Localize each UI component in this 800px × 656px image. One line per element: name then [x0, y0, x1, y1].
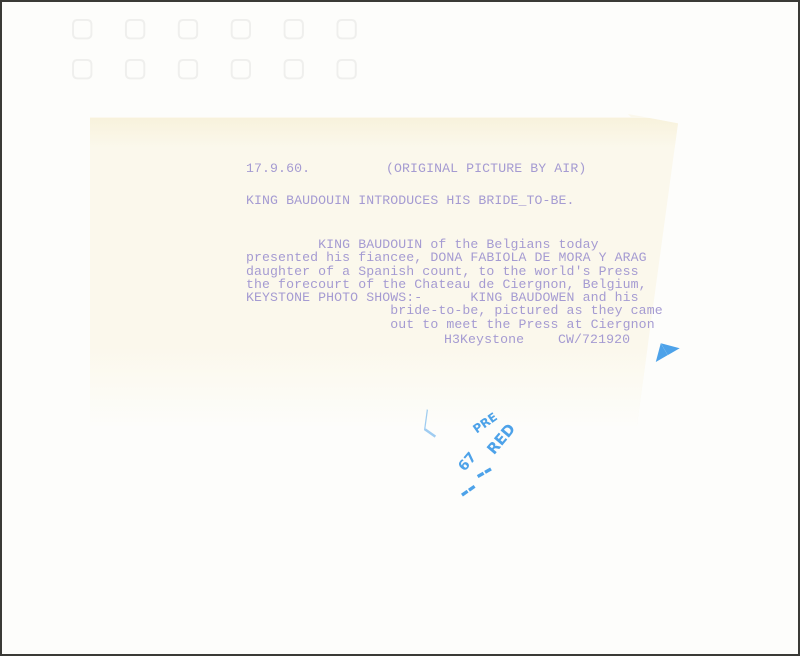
slip-fade — [90, 346, 678, 426]
caption-body: KING BAUDOUIN of the Belgians today pres… — [246, 238, 663, 331]
caption-line: the forecourt of the Chateau de Ciergnon… — [246, 278, 663, 291]
caption-line: KEYSTONE PHOTO SHOWS:- KING BAUDOWEN and… — [246, 291, 663, 304]
caption-reference: CW/721920 — [558, 333, 630, 346]
caption-line: daughter of a Spanish count, to the worl… — [246, 265, 663, 278]
ghost-imprint-marks: ▢ ▢ ▢ ▢ ▢ ▢ ▢ ▢ ▢ ▢ ▢ ▢ — [72, 10, 363, 90]
caption-source-note: (ORIGINAL PICTURE BY AIR) — [386, 162, 586, 175]
slip-tape-band — [90, 118, 678, 148]
caption-line: KING BAUDOUIN of the Belgians today — [246, 238, 663, 251]
caption-agency: H3Keystone — [444, 333, 524, 346]
caption-line: bride-to-be, pictured as they came — [246, 304, 663, 317]
stamp-fragment: ▬▬ — [475, 464, 495, 481]
caption-headline: KING BAUDOUIN INTRODUCES HIS BRIDE_TO-BE… — [246, 194, 575, 207]
stamp-smudge: ◢◣ — [647, 332, 681, 364]
caption-date: 17.9.60. — [246, 162, 310, 175]
caption-line: presented his fiancee, DONA FABIOLA DE M… — [246, 251, 663, 264]
caption-line: out to meet the Press at Ciergnon — [246, 318, 663, 331]
photo-print-back: ▢ ▢ ▢ ▢ ▢ ▢ ▢ ▢ ▢ ▢ ▢ ▢ 17.9.60. (ORIGIN… — [2, 2, 798, 654]
stamp-arc: ▬▬ — [459, 482, 479, 500]
